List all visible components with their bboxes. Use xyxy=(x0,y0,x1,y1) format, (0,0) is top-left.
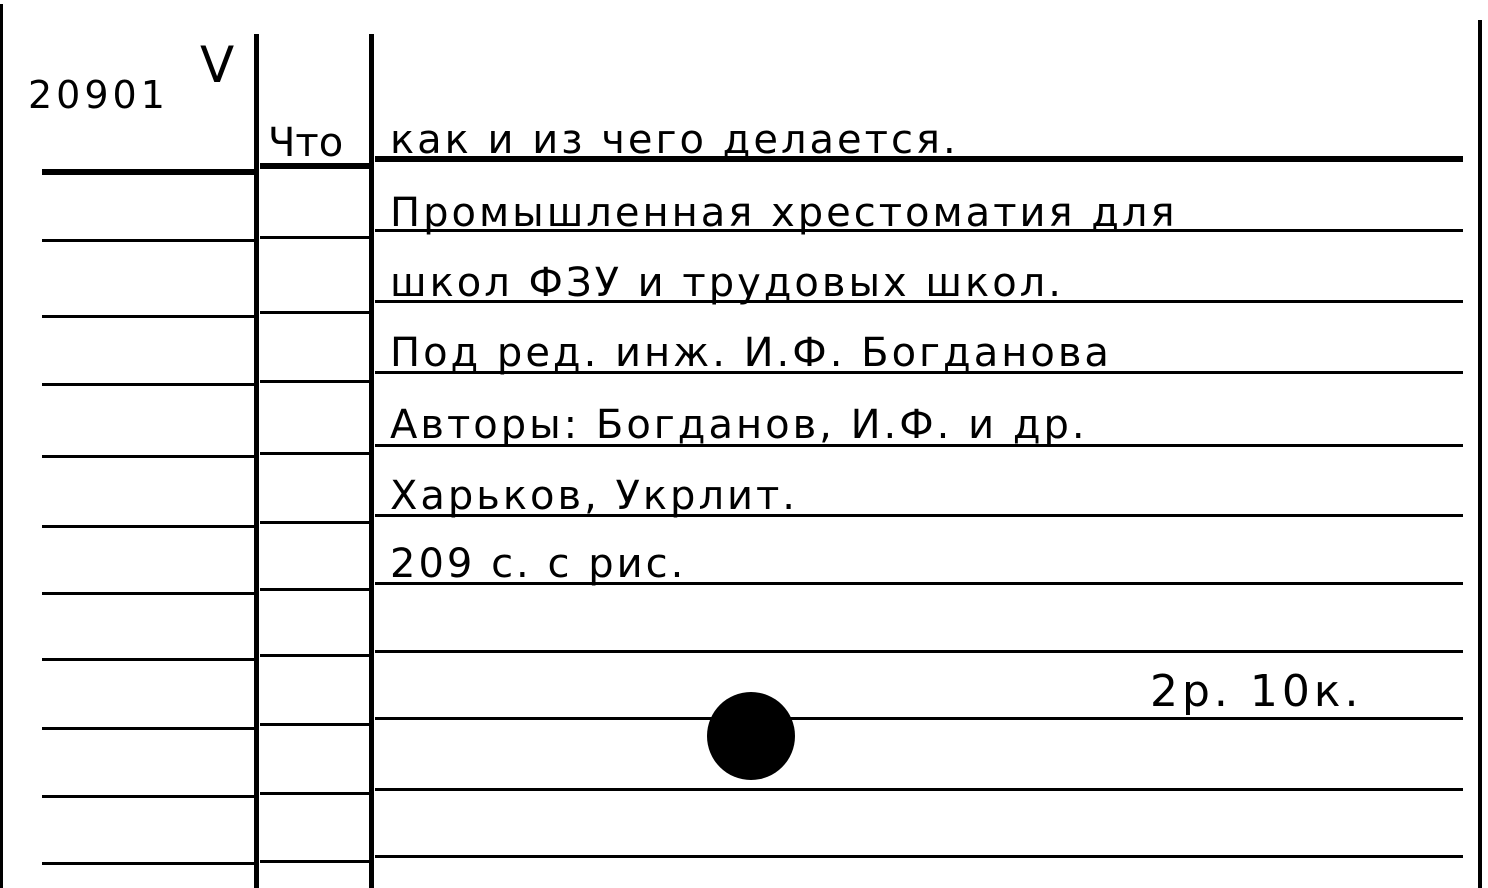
ruled-line xyxy=(42,169,254,175)
ruled-line xyxy=(260,452,370,455)
ruled-line xyxy=(260,654,370,657)
ruled-line xyxy=(260,311,370,314)
ruled-line xyxy=(42,727,254,730)
ruled-line xyxy=(42,795,254,798)
title-line-2: Промышленная хрестоматия для xyxy=(390,193,1178,233)
ruled-line xyxy=(42,315,254,318)
ruled-line xyxy=(260,588,370,591)
ruled-line xyxy=(260,521,370,524)
ruled-line xyxy=(260,860,370,863)
pages-line: 209 с. с рис. xyxy=(390,544,686,584)
publisher-line: Харьков, Укрлит. xyxy=(390,476,798,516)
ruled-line xyxy=(375,788,1463,791)
ruled-line xyxy=(42,592,254,595)
ruled-line xyxy=(42,455,254,458)
catalog-card: 20901 V Что как и из чего делается. Пром… xyxy=(0,0,1488,888)
check-mark: V xyxy=(200,40,237,90)
ruled-line xyxy=(375,717,1463,720)
ruled-line xyxy=(260,723,370,726)
ruled-line xyxy=(375,650,1463,653)
catalog-number: 20901 xyxy=(28,76,169,114)
ruled-line xyxy=(42,658,254,661)
card-left-edge xyxy=(0,4,3,888)
ruled-line xyxy=(42,525,254,528)
ruled-line xyxy=(260,236,370,239)
ruled-line xyxy=(260,380,370,383)
ruled-line xyxy=(42,383,254,386)
price: 2р. 10к. xyxy=(1150,670,1362,714)
ruled-line xyxy=(375,855,1463,858)
column-rule-left xyxy=(254,34,259,888)
punch-hole xyxy=(707,692,795,780)
title-line-3: школ ФЗУ и трудовых школ. xyxy=(390,263,1064,303)
heading-word: Что xyxy=(268,123,343,163)
ruled-line xyxy=(42,239,254,242)
authors-line: Авторы: Богданов, И.Ф. и др. xyxy=(390,405,1088,445)
editor-line: Под ред. инж. И.Ф. Богданова xyxy=(390,333,1112,373)
ruled-line xyxy=(260,792,370,795)
card-right-edge xyxy=(1478,20,1482,888)
ruled-line xyxy=(42,862,254,865)
title-line-1: как и из чего делается. xyxy=(390,120,959,160)
